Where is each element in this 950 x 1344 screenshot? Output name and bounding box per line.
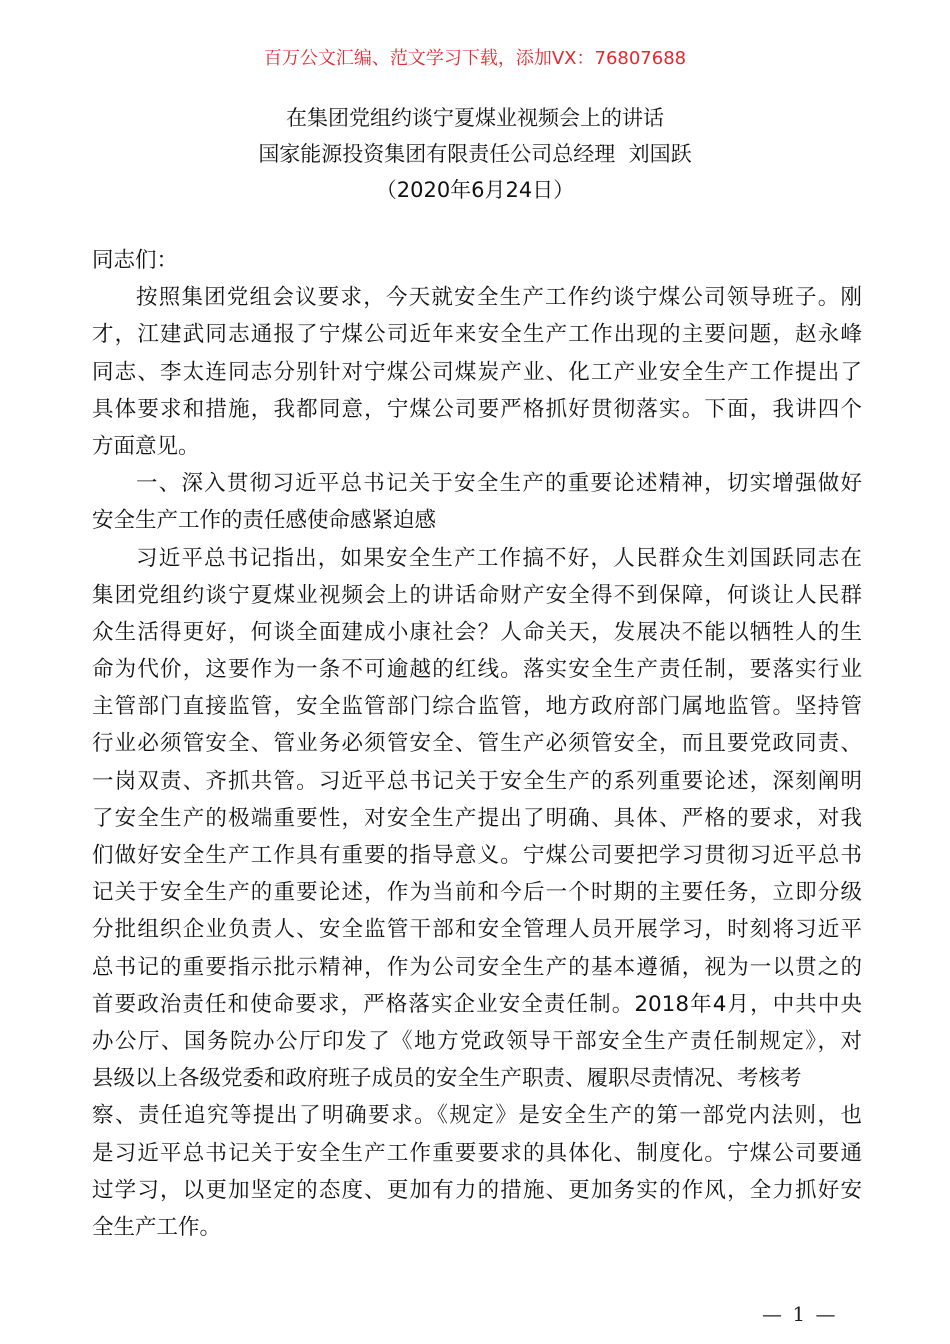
watermark-header: 百万公文汇编、范文学习下载，添加VX：76807688 [0, 46, 950, 72]
title-block: 在集团党组约谈宁夏煤业视频会上的讲话 国家能源投资集团有限责任公司总经理 刘国跃… [0, 100, 950, 208]
body-line: 是习近平总书记关于安全生产工作重要要求的具体化、制度化。宁煤公司要通 [92, 1135, 862, 1172]
body-line: 按照集团党组会议要求，今天就安全生产工作约谈宁煤公司领导班子。刚 [92, 279, 862, 316]
body-line: 同志、李太连同志分别针对宁煤公司煤炭产业、化工产业安全生产工作提出了 [92, 354, 862, 391]
section-heading-line: 安全生产工作的责任感使命感紧迫感 [92, 502, 862, 539]
speaker-line: 国家能源投资集团有限责任公司总经理 刘国跃 [0, 136, 950, 172]
body-line: 首要政治责任和使命要求，严格落实企业安全责任制。2018年4月，中共中央 [92, 986, 862, 1023]
body-line: 分批组织企业负责人、安全监管干部和安全管理人员开展学习，时刻将习近平 [92, 911, 862, 948]
body-line: 总书记的重要指示批示精神，作为公司安全生产的基本遵循，视为一以贯之的 [92, 949, 862, 986]
body-line: 集团党组约谈宁夏煤业视频会上的讲话命财产安全得不到保障，何谈让人民群 [92, 577, 862, 614]
body-line: 才，江建武同志通报了宁煤公司近年来安全生产工作出现的主要问题，赵永峰 [92, 316, 862, 353]
body-line: 命为代价，这要作为一条不可逾越的红线。落实安全生产责任制，要落实行业 [92, 651, 862, 688]
page-number: — 1 — [762, 1300, 837, 1328]
document-page: 百万公文汇编、范文学习下载，添加VX：76807688 在集团党组约谈宁夏煤业视… [0, 0, 950, 1344]
body-line: 办公厅、国务院办公厅印发了《地方党政领导干部安全生产责任制规定》，对 [92, 1023, 862, 1060]
speech-date: （2020年6月24日） [0, 172, 950, 208]
body-line: 记关于安全生产的重要论述，作为当前和今后一个时期的主要任务，立即分级 [92, 874, 862, 911]
body-line: 过学习，以更加坚定的态度、更加有力的措施、更加务实的作风，全力抓好安 [92, 1172, 862, 1209]
body-line: 方面意见。 [92, 428, 862, 465]
speech-title: 在集团党组约谈宁夏煤业视频会上的讲话 [0, 100, 950, 136]
body-line: 察、责任追究等提出了明确要求。《规定》是安全生产的第一部党内法则，也 [92, 1097, 862, 1134]
body-line: 众生活得更好，何谈全面建成小康社会？人命关天，发展决不能以牺牲人的生 [92, 614, 862, 651]
body-line: 习近平总书记指出，如果安全生产工作搞不好，人民群众生刘国跃同志在 [92, 540, 862, 577]
body-line: 行业必须管安全、管业务必须管安全、管生产必须管安全，而且要党政同责、 [92, 725, 862, 762]
body-line: 全生产工作。 [92, 1209, 862, 1246]
section-heading-line: 一、深入贯彻习近平总书记关于安全生产的重要论述精神，切实增强做好 [92, 465, 862, 502]
body-line: 主管部门直接监管，安全监管部门综合监管，地方政府部门属地监管。坚持管 [92, 688, 862, 725]
body-text: 同志们： 按照集团党组会议要求，今天就安全生产工作约谈宁煤公司领导班子。刚 才，… [92, 242, 862, 1246]
body-line: 们做好安全生产工作具有重要的指导意义。宁煤公司要把学习贯彻习近平总书 [92, 837, 862, 874]
body-line: 县级以上各级党委和政府班子成员的安全生产职责、履职尽责情况、考核考 [92, 1060, 862, 1097]
salutation: 同志们： [92, 242, 862, 279]
body-line: 一岗双责、齐抓共管。习近平总书记关于安全生产的系列重要论述，深刻阐明 [92, 763, 862, 800]
body-line: 了安全生产的极端重要性，对安全生产提出了明确、具体、严格的要求，对我 [92, 800, 862, 837]
body-line: 具体要求和措施，我都同意，宁煤公司要严格抓好贯彻落实。下面，我讲四个 [92, 391, 862, 428]
